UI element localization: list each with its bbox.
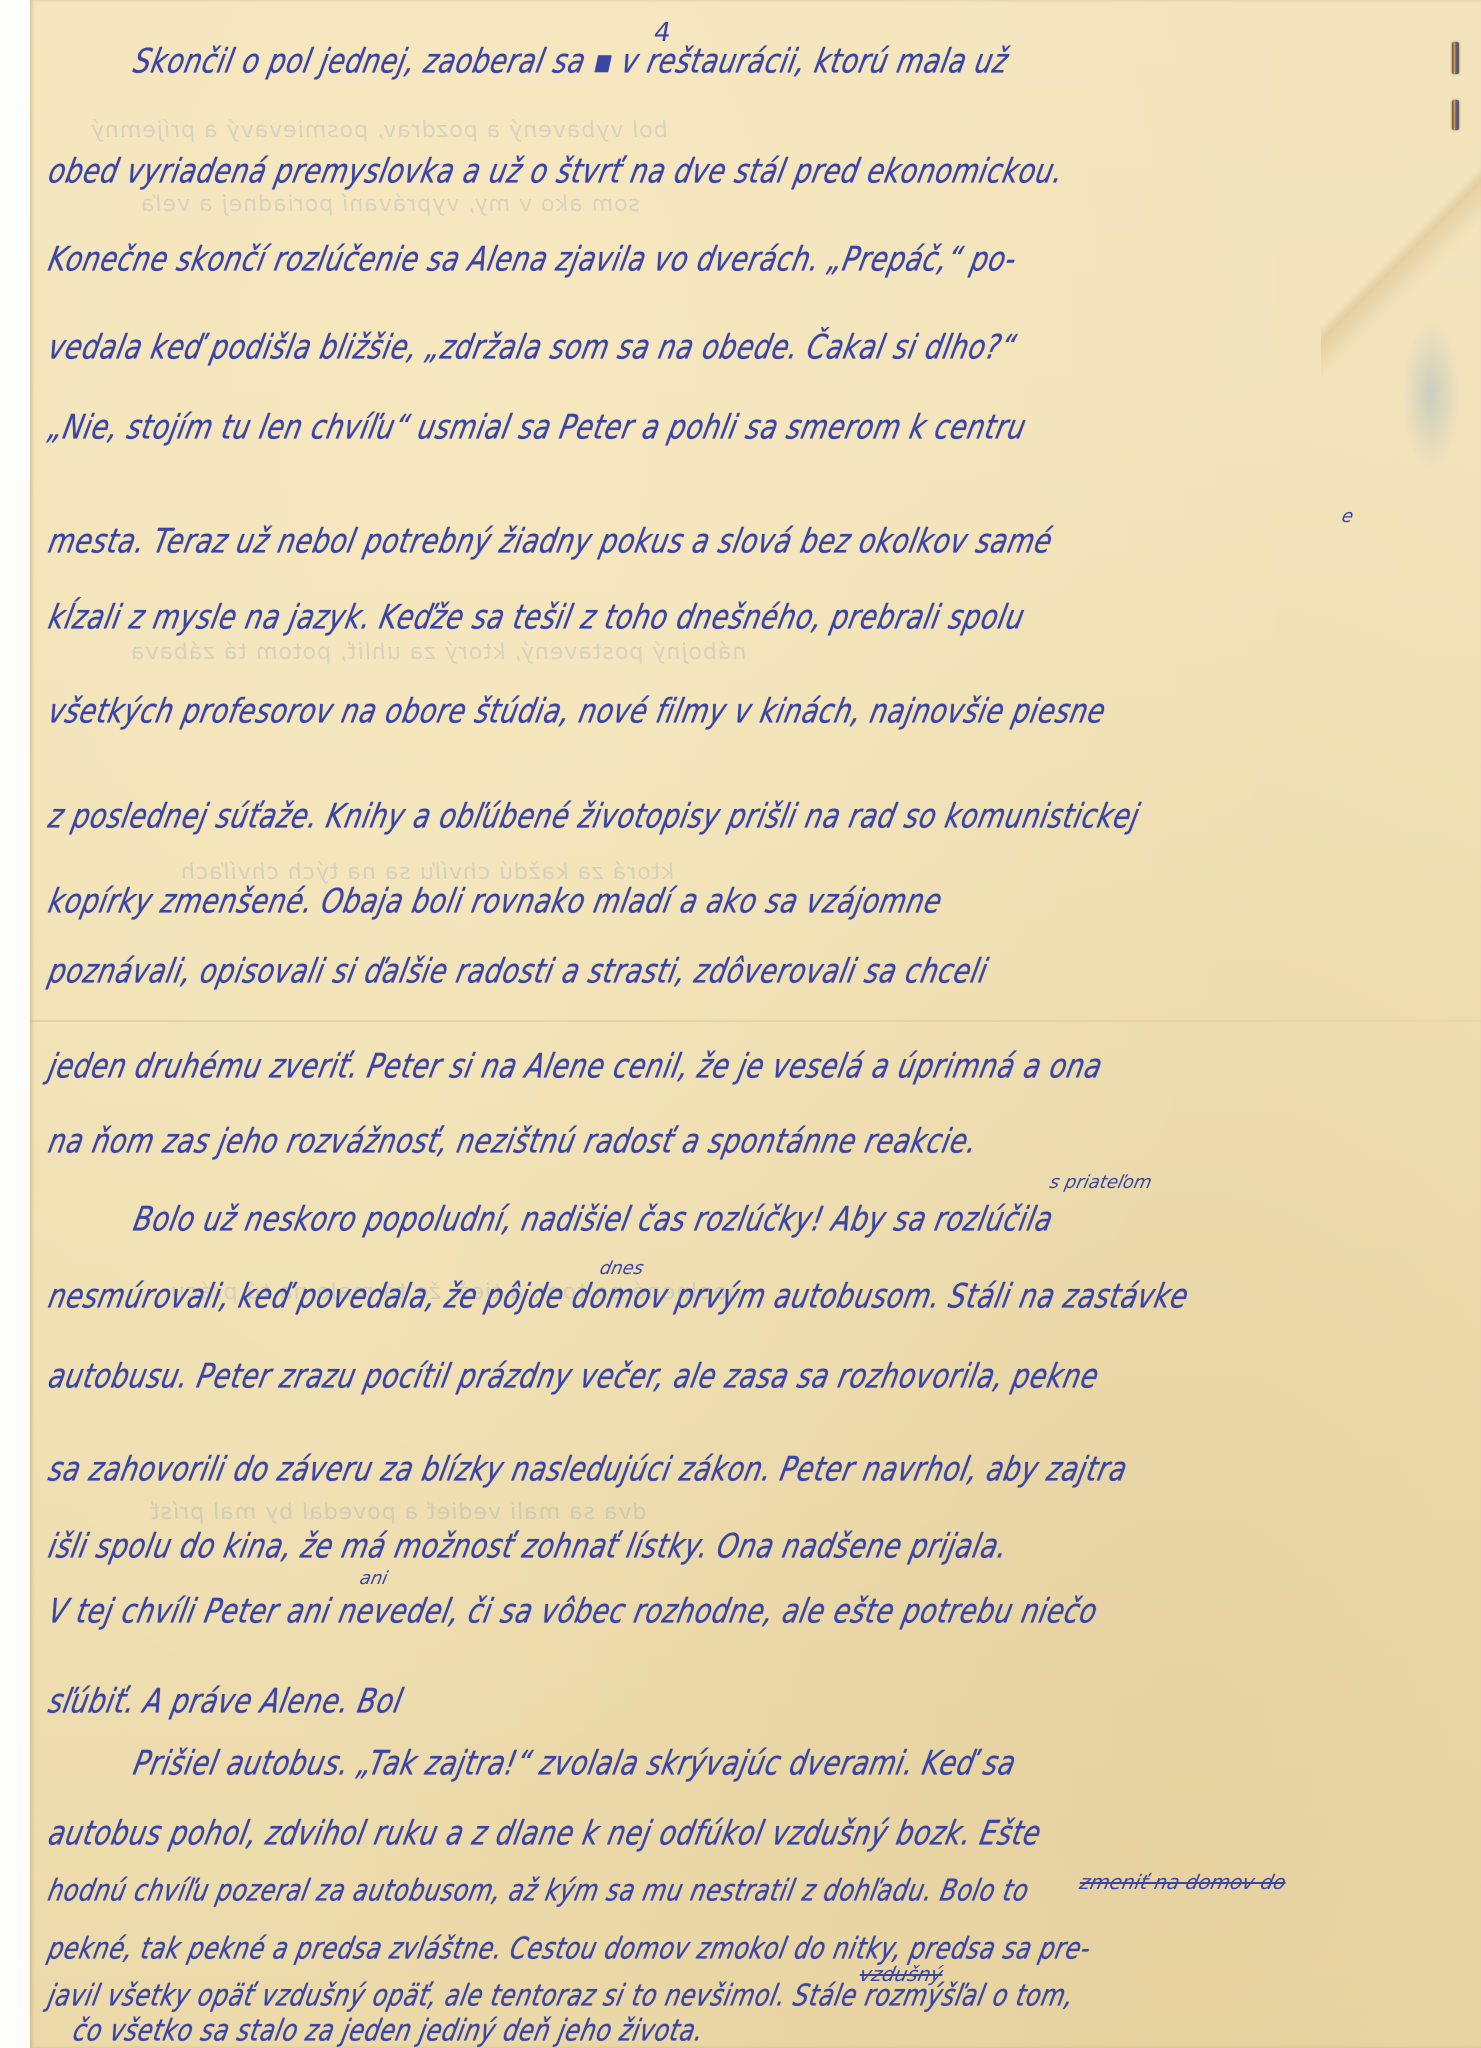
text-line-6: mesta. Teraz už nebol potrebný žiadny po… <box>45 522 1056 561</box>
text-line-8: všetkých profesorov na obore štúdia, nov… <box>45 692 1109 731</box>
text-line-7: kĺzali z mysle na jazyk. Keďže sa tešil … <box>45 598 1028 637</box>
text-line-26: čo všetko sa stalo za jeden jediný deň j… <box>70 2013 707 2048</box>
text-line-18: išli spolu do kina, že má možnosť zohnať… <box>45 1527 1011 1566</box>
insertion-mark: s priateľom <box>1048 1172 1154 1193</box>
insertion-mark: dnes <box>598 1258 646 1279</box>
text-line-15: nesmúrovali, keď povedala, že pôjde domo… <box>45 1277 1192 1316</box>
text-line-17: sa zahovorili do záveru za blízky nasled… <box>45 1450 1131 1489</box>
text-line-25: javil všetky opäť vzdušný opäť, ale tent… <box>45 1978 1078 2013</box>
text-line-14: Bolo už neskoro popoludní, nadišiel čas … <box>130 1200 1057 1239</box>
text-line-24: pekné, tak pekné a predsa zvláštne. Cest… <box>45 1931 1094 1966</box>
text-line-2: obed vyriadená premyslovka a už o štvrť … <box>45 152 1067 191</box>
text-line-4: vedala keď podišla bližšie, „zdržala som… <box>45 328 1020 367</box>
struck-insertion: zmeniť na domov do <box>1077 1870 1288 1894</box>
manuscript-page: bol vybavený a pozdrav, posmievavý a prí… <box>30 0 1481 2048</box>
text-line-3: Konečne skončí rozlúčenie sa Alena zjavi… <box>45 240 1020 279</box>
text-line-20: sľúbiť. A práve Alene. Bol <box>45 1682 406 1721</box>
text-line-22: autobus pohol, zdvihol ruku a z dlane k … <box>45 1814 1045 1853</box>
handwritten-text-body: Skončil o pol jednej, zaoberal sa ▪ v re… <box>30 0 1481 2048</box>
text-line-13: na ňom zas jeho rozvážnosť, nezištnú rad… <box>45 1122 981 1161</box>
text-line-21: Prišiel autobus. „Tak zajtra!“ zvolala s… <box>130 1744 1020 1783</box>
text-line-16: autobusu. Peter zrazu pocítil prázdny ve… <box>45 1357 1103 1396</box>
text-line-19: V tej chvíli Peter ani nevedel, či sa vô… <box>45 1592 1101 1631</box>
insertion-mark: e <box>1340 506 1356 527</box>
text-line-5: „Nie, stojím tu len chvíľu“ usmial sa Pe… <box>45 408 1030 447</box>
text-line-11: poznávali, opisovali si ďalšie radosti a… <box>45 952 991 991</box>
text-line-12: jeden druhému zveriť. Peter si na Alene … <box>45 1047 1106 1086</box>
text-line-9: z poslednej súťaže. Knihy a obľúbené živ… <box>45 797 1143 836</box>
text-line-1: Skončil o pol jednej, zaoberal sa ▪ v re… <box>130 42 1012 81</box>
insertion-mark: ani <box>358 1568 390 1589</box>
text-line-10: kopírky zmenšené. Obaja boli rovnako mla… <box>45 882 946 921</box>
text-line-23: hodnú chvíľu pozeral za autobusom, až ký… <box>45 1873 1032 1908</box>
